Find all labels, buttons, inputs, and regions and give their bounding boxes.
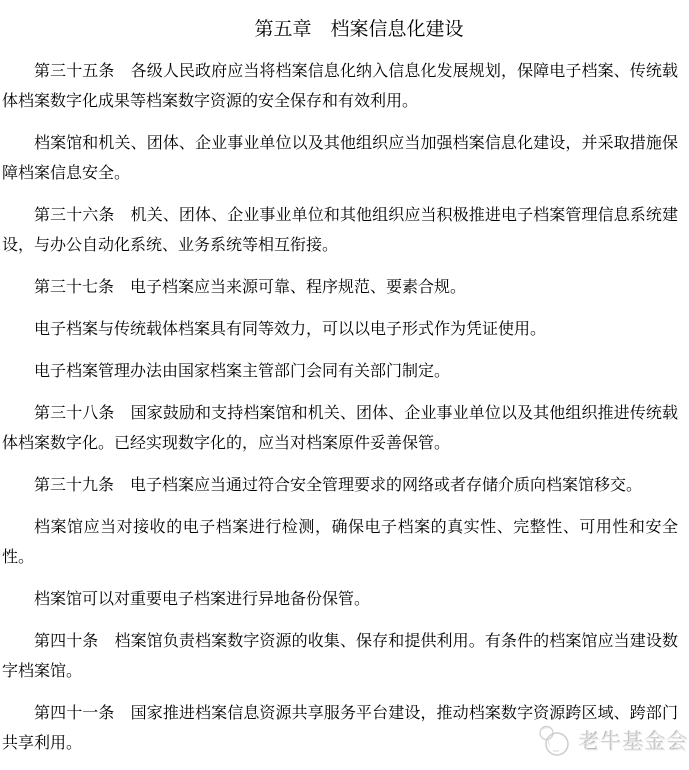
law-paragraph-article-35: 第三十五条 各级人民政府应当将档案信息化纳入信息化发展规划，保障电子档案、传统载… <box>2 57 678 117</box>
law-paragraph-article-37-2: 电子档案与传统载体档案具有同等效力，可以以电子形式作为凭证使用。 <box>2 315 678 345</box>
law-paragraph-article-41: 第四十一条 国家推进档案信息资源共享服务平台建设，推动档案数字资源跨区域、跨部门… <box>2 699 678 759</box>
law-paragraph-article-40: 第四十条 档案馆负责档案数字资源的收集、保存和提供利用。有条件的档案馆应当建设数… <box>2 627 678 687</box>
law-paragraph-article-36: 第三十六条 机关、团体、企业事业单位和其他组织应当积极推进电子档案管理信息系统建… <box>2 201 678 261</box>
chapter-title: 第五章 档案信息化建设 <box>2 15 678 45</box>
law-paragraph-article-37: 第三十七条 电子档案应当来源可靠、程序规范、要素合规。 <box>2 273 678 303</box>
law-paragraph-article-39-3: 档案馆可以对重要电子档案进行异地备份保管。 <box>2 585 678 615</box>
document-page: 第五章 档案信息化建设 第三十五条 各级人民政府应当将档案信息化纳入信息化发展规… <box>0 0 689 769</box>
law-paragraph-article-35-2: 档案馆和机关、团体、企业事业单位以及其他组织应当加强档案信息化建设，并采取措施保… <box>2 129 678 189</box>
law-paragraph-article-38: 第三十八条 国家鼓励和支持档案馆和机关、团体、企业事业单位以及其他组织推进传统载… <box>2 399 678 459</box>
law-paragraph-article-37-3: 电子档案管理办法由国家档案主管部门会同有关部门制定。 <box>2 357 678 387</box>
law-paragraph-article-39-2: 档案馆应当对接收的电子档案进行检测，确保电子档案的真实性、完整性、可用性和安全性… <box>2 513 678 573</box>
law-paragraph-article-39: 第三十九条 电子档案应当通过符合安全管理要求的网络或者存储介质向档案馆移交。 <box>2 471 678 501</box>
